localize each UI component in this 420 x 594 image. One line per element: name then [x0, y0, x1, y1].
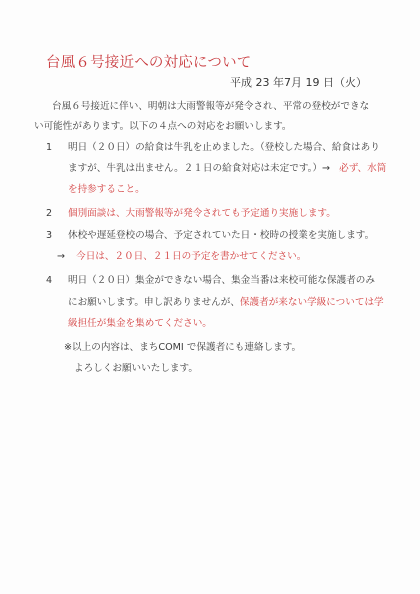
item-3: 3休校や遅延登校の場合、予定されていた日・校時の授業を実施します。	[46, 230, 374, 242]
intro-line-1: 台風６号接近に伴い、明朝は大雨警報等が発令され、平常の登校ができな	[52, 101, 369, 113]
item-emphasis: 今日は、２０日、２１日の予定を書かせてください。	[76, 251, 306, 262]
item-text: 休校や遅延登校の場合、予定されていた日・校時の授業を実施します。	[68, 230, 374, 241]
item-4-line-2: にお願いします。申し訳ありませんが、保護者が来ない学級については学	[68, 297, 384, 309]
closing-text: よろしくお願いいたします。	[74, 363, 198, 375]
item-1-line-3: を持参すること。	[68, 184, 145, 196]
item-2: 2個別面談は、大雨警報等が発令されても予定通り実施します。	[46, 208, 336, 220]
item-4: 4明日（２０日）集金ができない場合、集金当番は来校可能な保護者のみ	[46, 275, 375, 287]
note-text: ※以上の内容は、まちCOMI で保護者にも連絡します。	[64, 342, 301, 354]
item-number: 3	[46, 230, 68, 242]
document-date: 平成 23 年7月 19 日（火）	[230, 74, 367, 90]
intro-line-2: い可能性があります。以下の４点への対応をお願いします。	[34, 121, 292, 133]
item-text: 明日（２０日）集金ができない場合、集金当番は来校可能な保護者のみ	[68, 275, 375, 286]
item-emphasis: 必ず、水筒	[339, 163, 386, 174]
item-number: 1	[46, 142, 68, 154]
item-text: 明日（２０日）の給食は牛乳を止めました。（登校した場合、給食はあり	[68, 142, 380, 153]
item-1: 1明日（２０日）の給食は牛乳を止めました。（登校した場合、給食はあり	[46, 142, 380, 154]
item-emphasis: 個別面談は、大雨警報等が発令されても予定通り実施します。	[68, 208, 336, 219]
item-text: にお願いします。申し訳ありませんが、	[68, 297, 240, 308]
item-number: 2	[46, 208, 68, 220]
document-title: 台風６号接近への対応について	[46, 51, 252, 72]
item-number: 4	[46, 275, 68, 287]
item-3-line-2: → 今日は、２０日、２１日の予定を書かせてください。	[57, 251, 306, 263]
item-4-line-3: 級担任が集金を集めてください。	[68, 318, 212, 330]
document-page: 台風６号接近への対応について 平成 23 年7月 19 日（火） 台風６号接近に…	[0, 0, 420, 594]
item-1-line-2: ますが、牛乳は出ません。２１日の給食対応は未定です。）→ 必ず、水筒	[68, 163, 386, 175]
item-emphasis: 保護者が来ない学級については学	[240, 297, 384, 308]
arrow-icon: →	[57, 251, 65, 262]
item-text: ますが、牛乳は出ません。２１日の給食対応は未定です。）→	[68, 163, 330, 174]
